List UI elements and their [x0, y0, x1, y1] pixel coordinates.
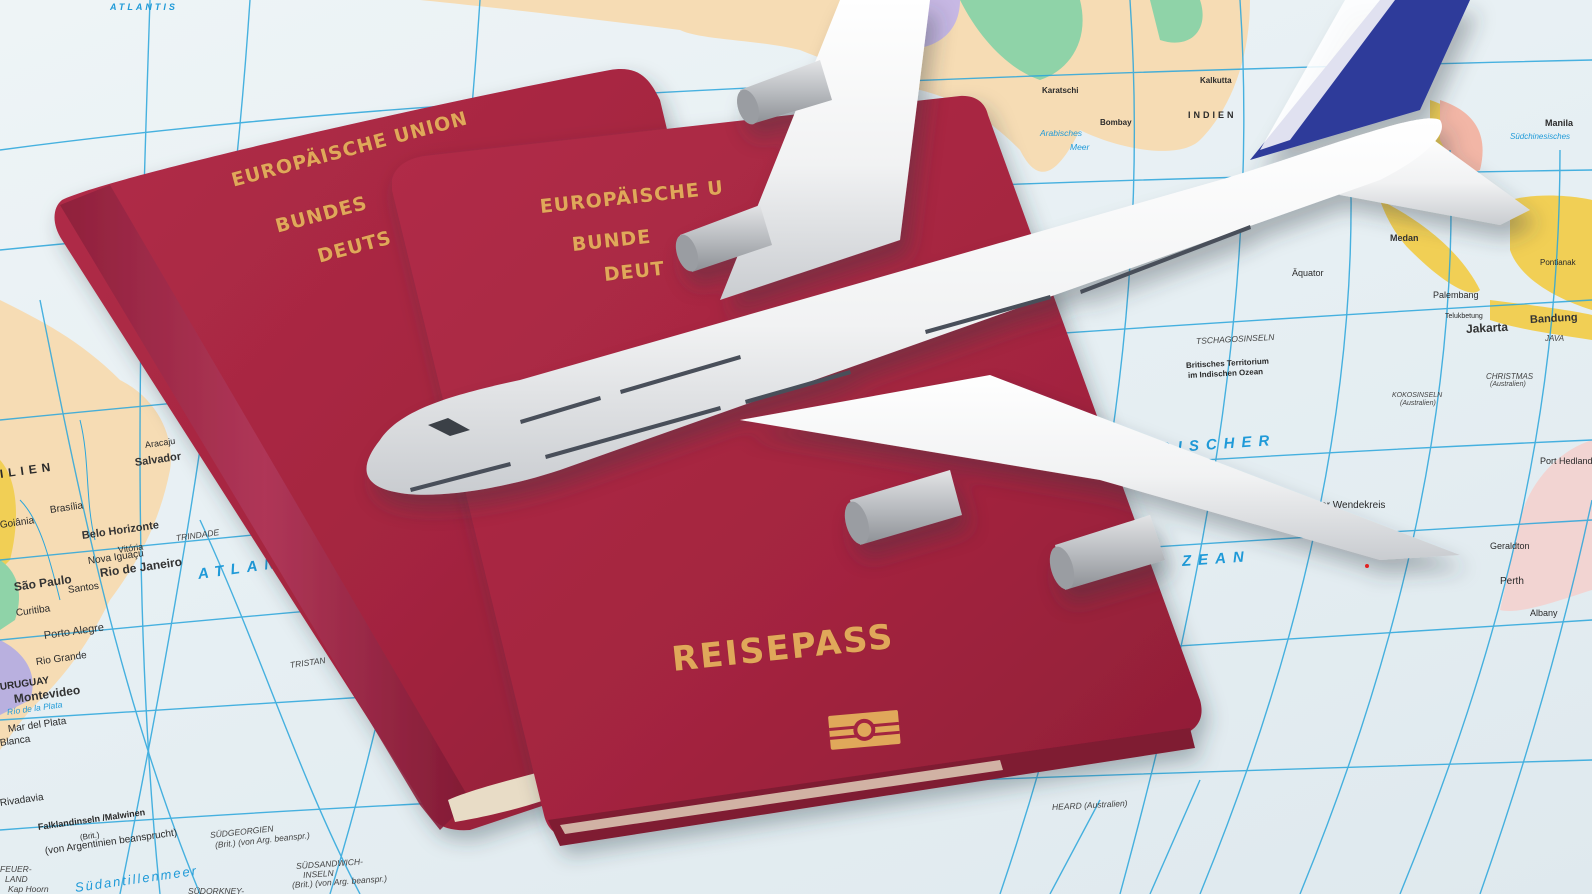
- airplane-wing-upper: [720, 0, 930, 300]
- airplane-engine-lower-1: [840, 470, 962, 547]
- photo-scene: ATLANT ILIEN Salvador Aracaju Brasília G…: [0, 0, 1592, 894]
- model-airplane: [0, 0, 1592, 894]
- airplane-engine-lower-2: [1045, 515, 1165, 592]
